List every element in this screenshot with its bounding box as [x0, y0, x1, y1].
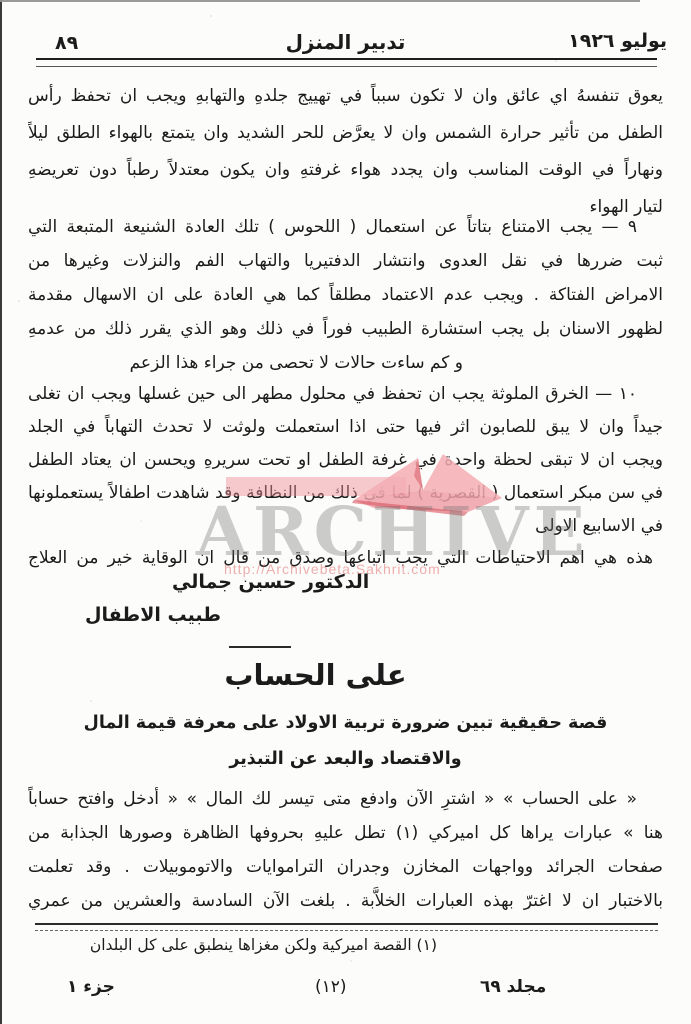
text-line: الطفل من تأثير حرارة الشمس وان لا يعرَّض… — [28, 115, 663, 152]
article-title: على الحساب — [0, 658, 631, 692]
paragraph-item-10: ١٠ — الخرق الملوثة يجب ان تحفظ في محلول … — [28, 378, 663, 543]
text-line: ٩ — يجب الامتناع بتاتاً عن استعمال ( الل… — [28, 210, 663, 244]
text-line: « على الحساب » « اشترِ الآن وادفع متى تي… — [28, 782, 663, 816]
text-line: و كم ساءت حالات لا تحصى من جراء هذا الزع… — [28, 346, 663, 380]
author-signature: الدكتور حسين جمالي — [172, 571, 369, 593]
section-divider — [229, 646, 291, 648]
paragraph-credit-body: « على الحساب » « اشترِ الآن وادفع متى تي… — [28, 782, 663, 918]
text-line: جيداً وان لا يبق للصابون اثر فيها حتى اذ… — [28, 411, 663, 444]
text-line: في الاسابيع الاولى — [28, 510, 663, 543]
footer-part: جزء ١ — [67, 977, 115, 997]
author-title: طبيب الاطفال — [85, 604, 221, 626]
footnote: (١) القصة اميركية ولكن مغزاها ينطبق على … — [90, 936, 437, 954]
scan-border-left — [0, 0, 2, 1024]
text-line: ونهاراً في الوقت المناسب وان يجدد هواء غ… — [28, 152, 663, 189]
footnote-divider — [35, 923, 658, 931]
page-title: تدبير المنزل — [0, 30, 691, 54]
page-number: ٨٩ — [55, 32, 78, 54]
text-line: لظهور الاسنان بل يجب استشارة الطبيب فورا… — [28, 312, 663, 346]
scan-border-top — [0, 0, 640, 2]
text-line: ثبت ضررها في نقل العدوى وانتشار الدفتيري… — [28, 244, 663, 278]
paragraph-intro: يعوق تنفسهُ اي عائق وان لا تكون سبباً في… — [28, 78, 663, 226]
text-line: هنا » عبارات يراها كل اميركي (١) تطل علي… — [28, 816, 663, 850]
closing-line: هذه هي اهم الاحتياطات التي يجب اتباعها و… — [28, 541, 663, 575]
scanned-magazine-page: يوليو ١٩٢٦ تدبير المنزل ٨٩ يعوق تنفسهُ ا… — [0, 0, 691, 1024]
text-line: في سن مبكر استعمال ( القصرية ) لما في ذل… — [28, 477, 663, 510]
footer-volume: مجلد ٦٩ — [480, 977, 546, 997]
text-line: ويجب ان لا تبقى لحظة واحدة في غرفة الطفل… — [28, 444, 663, 477]
text-line: الامراض الفتاكة . ويجب عدم الاعتماد مطلق… — [28, 278, 663, 312]
text-line: يعوق تنفسهُ اي عائق وان لا تكون سبباً في… — [28, 78, 663, 115]
paragraph-item-9: ٩ — يجب الامتناع بتاتاً عن استعمال ( الل… — [28, 210, 663, 380]
article-subtitle: قصة حقيقية تبين ضرورة تربية الاولاد على … — [0, 713, 691, 733]
scan-speckles — [0, 0, 2, 2]
footer-page-number: (١٢) — [315, 977, 347, 997]
text-line: بالاختبار ان لا اغترّ بهذه العبارات الخل… — [28, 884, 663, 918]
text-line: صفحات الجرائد وواجهات المخازن وجدران الت… — [28, 850, 663, 884]
header-divider — [36, 58, 657, 67]
article-subtitle: والاقتصاد والبعد عن التبذير — [0, 749, 691, 769]
text-line: ١٠ — الخرق الملوثة يجب ان تحفظ في محلول … — [28, 378, 663, 411]
